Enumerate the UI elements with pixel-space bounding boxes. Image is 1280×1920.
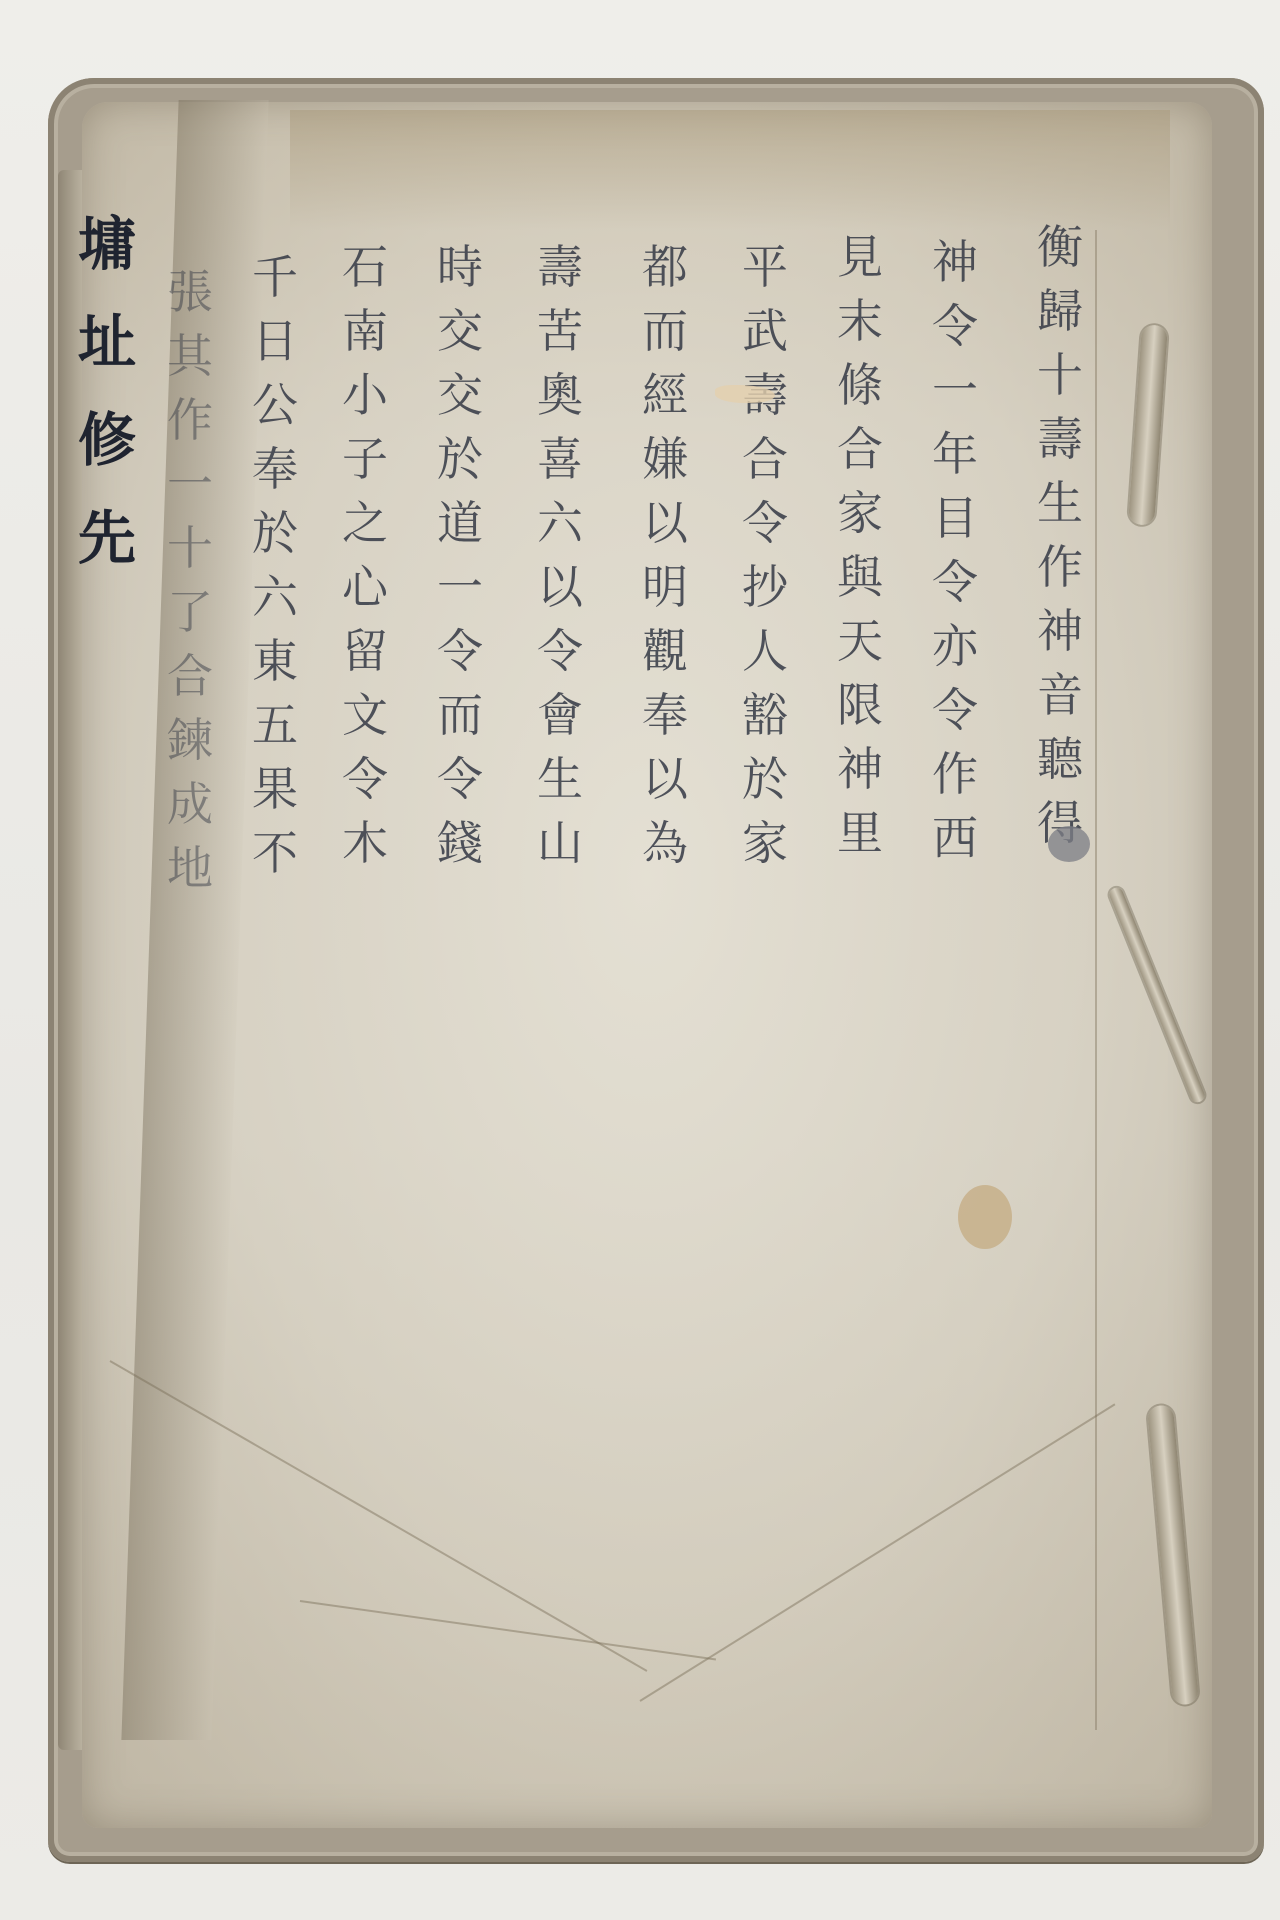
text-column: 時交交於道一令而令錢: [430, 235, 490, 875]
text-column: 壽苦奧喜六以令會生山: [530, 235, 590, 875]
text-column: 都而經嫌以明觀奉以為: [635, 235, 695, 875]
text-column: 石南小子之心留文令木: [335, 235, 395, 875]
spine-label: 墉 址 修 先: [62, 195, 152, 587]
spine-char: 修: [78, 391, 136, 489]
text-column: 見末條合家與天限神里: [830, 225, 890, 865]
text-column: 千日公奉於六東五果不: [245, 245, 305, 885]
text-column: 衡歸十壽生作神音聽得: [1030, 215, 1090, 855]
spine-char: 先: [78, 489, 136, 587]
text-column: 神令一年目令亦令作西: [925, 230, 985, 870]
water-stain-band: [290, 110, 1170, 230]
spine-char: 址: [78, 293, 136, 391]
ink-blot: [1048, 826, 1090, 862]
text-column: 平武壽合令抄人豁於家: [735, 235, 795, 875]
page-edge-line: [1095, 230, 1097, 1730]
water-stain-spot: [958, 1185, 1012, 1249]
spine-char: 墉: [78, 195, 136, 293]
text-column: 張其作一十了合鍊成地: [160, 260, 220, 900]
paper-tear-spot: [715, 385, 775, 403]
